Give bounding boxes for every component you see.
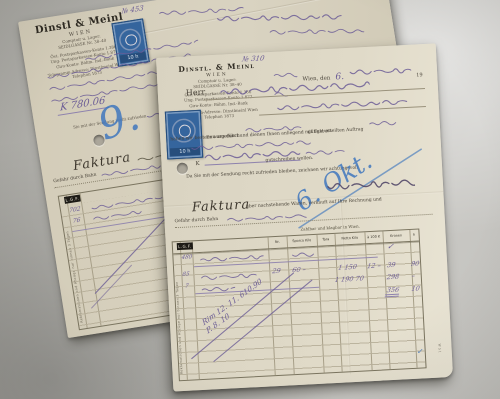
table-header-kronen: Kronen [382,230,410,242]
right-goods-table: Reklamationen und Abzüge nur binnen 3 Ta… [172,228,427,381]
handwriting-squiggle [269,25,364,39]
row-cell-total-heller: 10 [411,284,421,293]
row-cell-netto: 1 150 [338,263,358,272]
handwriting-stroke [85,264,138,309]
form-code: W 5 1 [437,343,441,353]
date-year: 19 [416,72,423,78]
table-header-sporco: Sporco Kilo [287,235,318,248]
table-header-heller: h [409,230,419,241]
row-cell-kronen: ✓ [386,242,394,251]
photo-of-two-invoices: Dinstl & Meinl WIEN Comptoir u. Lager: S… [0,0,500,399]
row-mark: 76 [73,217,81,225]
currency-symbol: K [195,161,199,167]
right-invoice-paper: № 310 Dinstl. & Meinl WIEN Comptoir u. L… [156,43,453,391]
row-cell-netto: 1 190 70 [334,274,364,284]
lgf-box: L.G.F. [64,194,81,203]
handwriting-squiggle [273,69,297,82]
punch-hole [177,162,189,174]
row-cell-total-kronen: 356 [385,285,401,297]
table-header-netto: Netto Kilo [334,232,365,245]
table-header-nr: Nr. [268,236,288,248]
handwriting-squiggle [204,146,301,166]
row-cell-kronen: 39 [387,261,397,270]
faktura-heading: Faktura [191,197,250,215]
table-header-tara: Tara [316,234,335,246]
row-cell-heller: 90 [410,259,420,268]
salutation: Herr [186,87,206,97]
gefahr-label: Gefahr durch Bahn [174,217,218,224]
row-cell-price: 12 – [367,261,382,270]
blue-check-mark: ✓ [417,347,423,355]
lgf-box: L.G.F. [177,242,193,250]
table-header-price: à 100 K [364,231,383,243]
row-cell-kronen: 298 [386,273,400,282]
handwriting-squiggle [216,10,341,25]
ref-number: № 453 [121,4,143,16]
row-cell-no: 480 [181,254,192,261]
